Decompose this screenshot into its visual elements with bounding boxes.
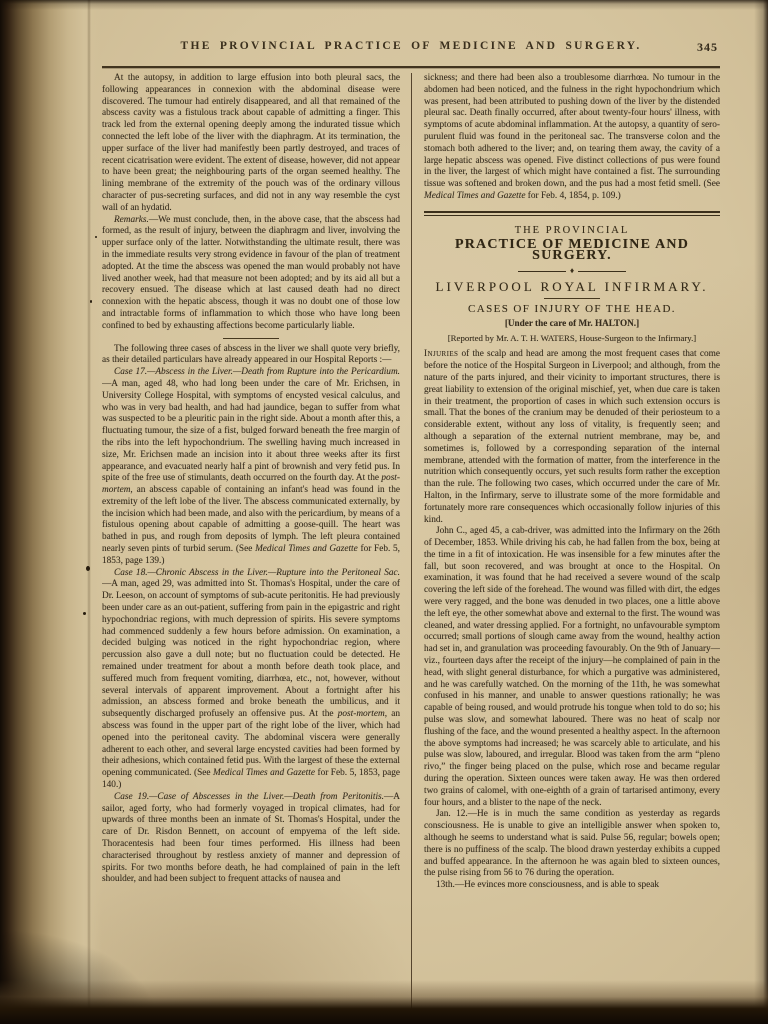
header-rule [102,66,720,68]
text-run: Case 17.—Abscess in the Liver.—Death fro… [114,367,400,377]
text-run: Remarks. [114,215,149,225]
ornament-line [518,271,566,272]
paragraph: Remarks.—We must conclude, then, in the … [102,215,400,333]
right-column: sickness; and there had been also a trou… [411,73,720,1011]
text-run: Medical Times and Gazette [213,768,315,778]
section-heading: LIVERPOOL ROYAL INFIRMARY. [424,281,720,293]
text-run: for Feb. 4, 1854, p. 109.) [525,191,620,201]
paragraph: sickness; and there had been also a trou… [424,73,720,203]
page-edge-left [0,0,102,1024]
text-run: —A man, aged 48, who had long been under… [102,379,400,483]
section-heading: THE PROVINCIAL [424,225,720,237]
text-run: —A sailor, aged forty, who had formerly … [102,792,400,885]
diamond-glyph: ♦ [570,267,574,275]
text-run: sickness; and there had been also a trou… [424,73,720,189]
attribution-line: [Under the care of Mr. HALTON.] [424,318,720,330]
page-edge-top [0,0,768,10]
text-run: The following three cases of abscess in … [102,344,400,366]
section-heading: CASES OF INJURY OF THE HEAD. [424,304,720,316]
paragraph: The following three cases of abscess in … [102,344,400,368]
text-run: Medical Times and Gazette [255,544,358,554]
text-run: Medical Times and Gazette [424,191,525,201]
attribution-line: [Reported by Mr. A. T. H. WATERS, House-… [424,333,720,345]
text-run: post-mortem [338,709,385,719]
text-run: —We must conclude, then, in the above ca… [102,215,400,331]
text-run: John C., aged 45, a cab-driver, was admi… [424,526,720,807]
text-run: At the autopsy, in addition to large eff… [102,73,400,213]
paragraph: 13th.—He evinces more consciousness, and… [424,880,720,892]
paper-speck [83,612,86,615]
text-run: 13th.—He evinces more consciousness, and… [436,880,659,890]
section-rule [424,211,720,216]
section-heading: PRACTICE OF MEDICINE AND SURGERY. [424,239,720,263]
text-run: —A man, aged 29, was admitted into St. T… [102,579,400,719]
paper-speck [90,300,92,303]
paragraph: Case 18.—Chronic Abscess in the Liver.—R… [102,568,400,792]
text-run: Jan. 12.—He is in much the same conditio… [424,809,720,878]
page-header: THE PROVINCIAL PRACTICE OF MEDICINE AND … [102,40,720,64]
text-run: Case 18.—Chronic Abscess in the Liver.—R… [114,568,400,578]
gutter-crease [87,0,91,1024]
text-run: Case 19.—Case of Abscesses in the Liver.… [114,792,384,802]
paragraph: Case 17.—Abscess in the Liver.—Death fro… [102,367,400,568]
text-run: Injuries [424,349,458,359]
paragraph: At the autopsy, in addition to large eff… [102,73,400,215]
left-column: At the autopsy, in addition to large eff… [102,73,411,1011]
text-columns: At the autopsy, in addition to large eff… [102,73,720,1011]
page-number: 345 [697,40,718,55]
scanned-book-page: THE PROVINCIAL PRACTICE OF MEDICINE AND … [0,0,768,1024]
ornament-line [578,271,626,272]
printed-page-content: THE PROVINCIAL PRACTICE OF MEDICINE AND … [102,40,720,1011]
divider-rule [544,298,600,299]
diamond-ornament-icon: ♦ [424,267,720,275]
text-run: of the scalp and head are among the most… [424,349,720,524]
paragraph: Injuries of the scalp and head are among… [424,349,720,526]
paper-speck [95,236,97,238]
divider-rule [223,338,279,339]
paragraph: Case 19.—Case of Abscesses in the Liver.… [102,792,400,886]
paragraph: Jan. 12.—He is in much the same conditio… [424,809,720,880]
running-title: THE PROVINCIAL PRACTICE OF MEDICINE AND … [102,40,720,52]
paper-speck [86,566,90,571]
paragraph: John C., aged 45, a cab-driver, was admi… [424,526,720,809]
page-edge-right [754,0,768,1024]
